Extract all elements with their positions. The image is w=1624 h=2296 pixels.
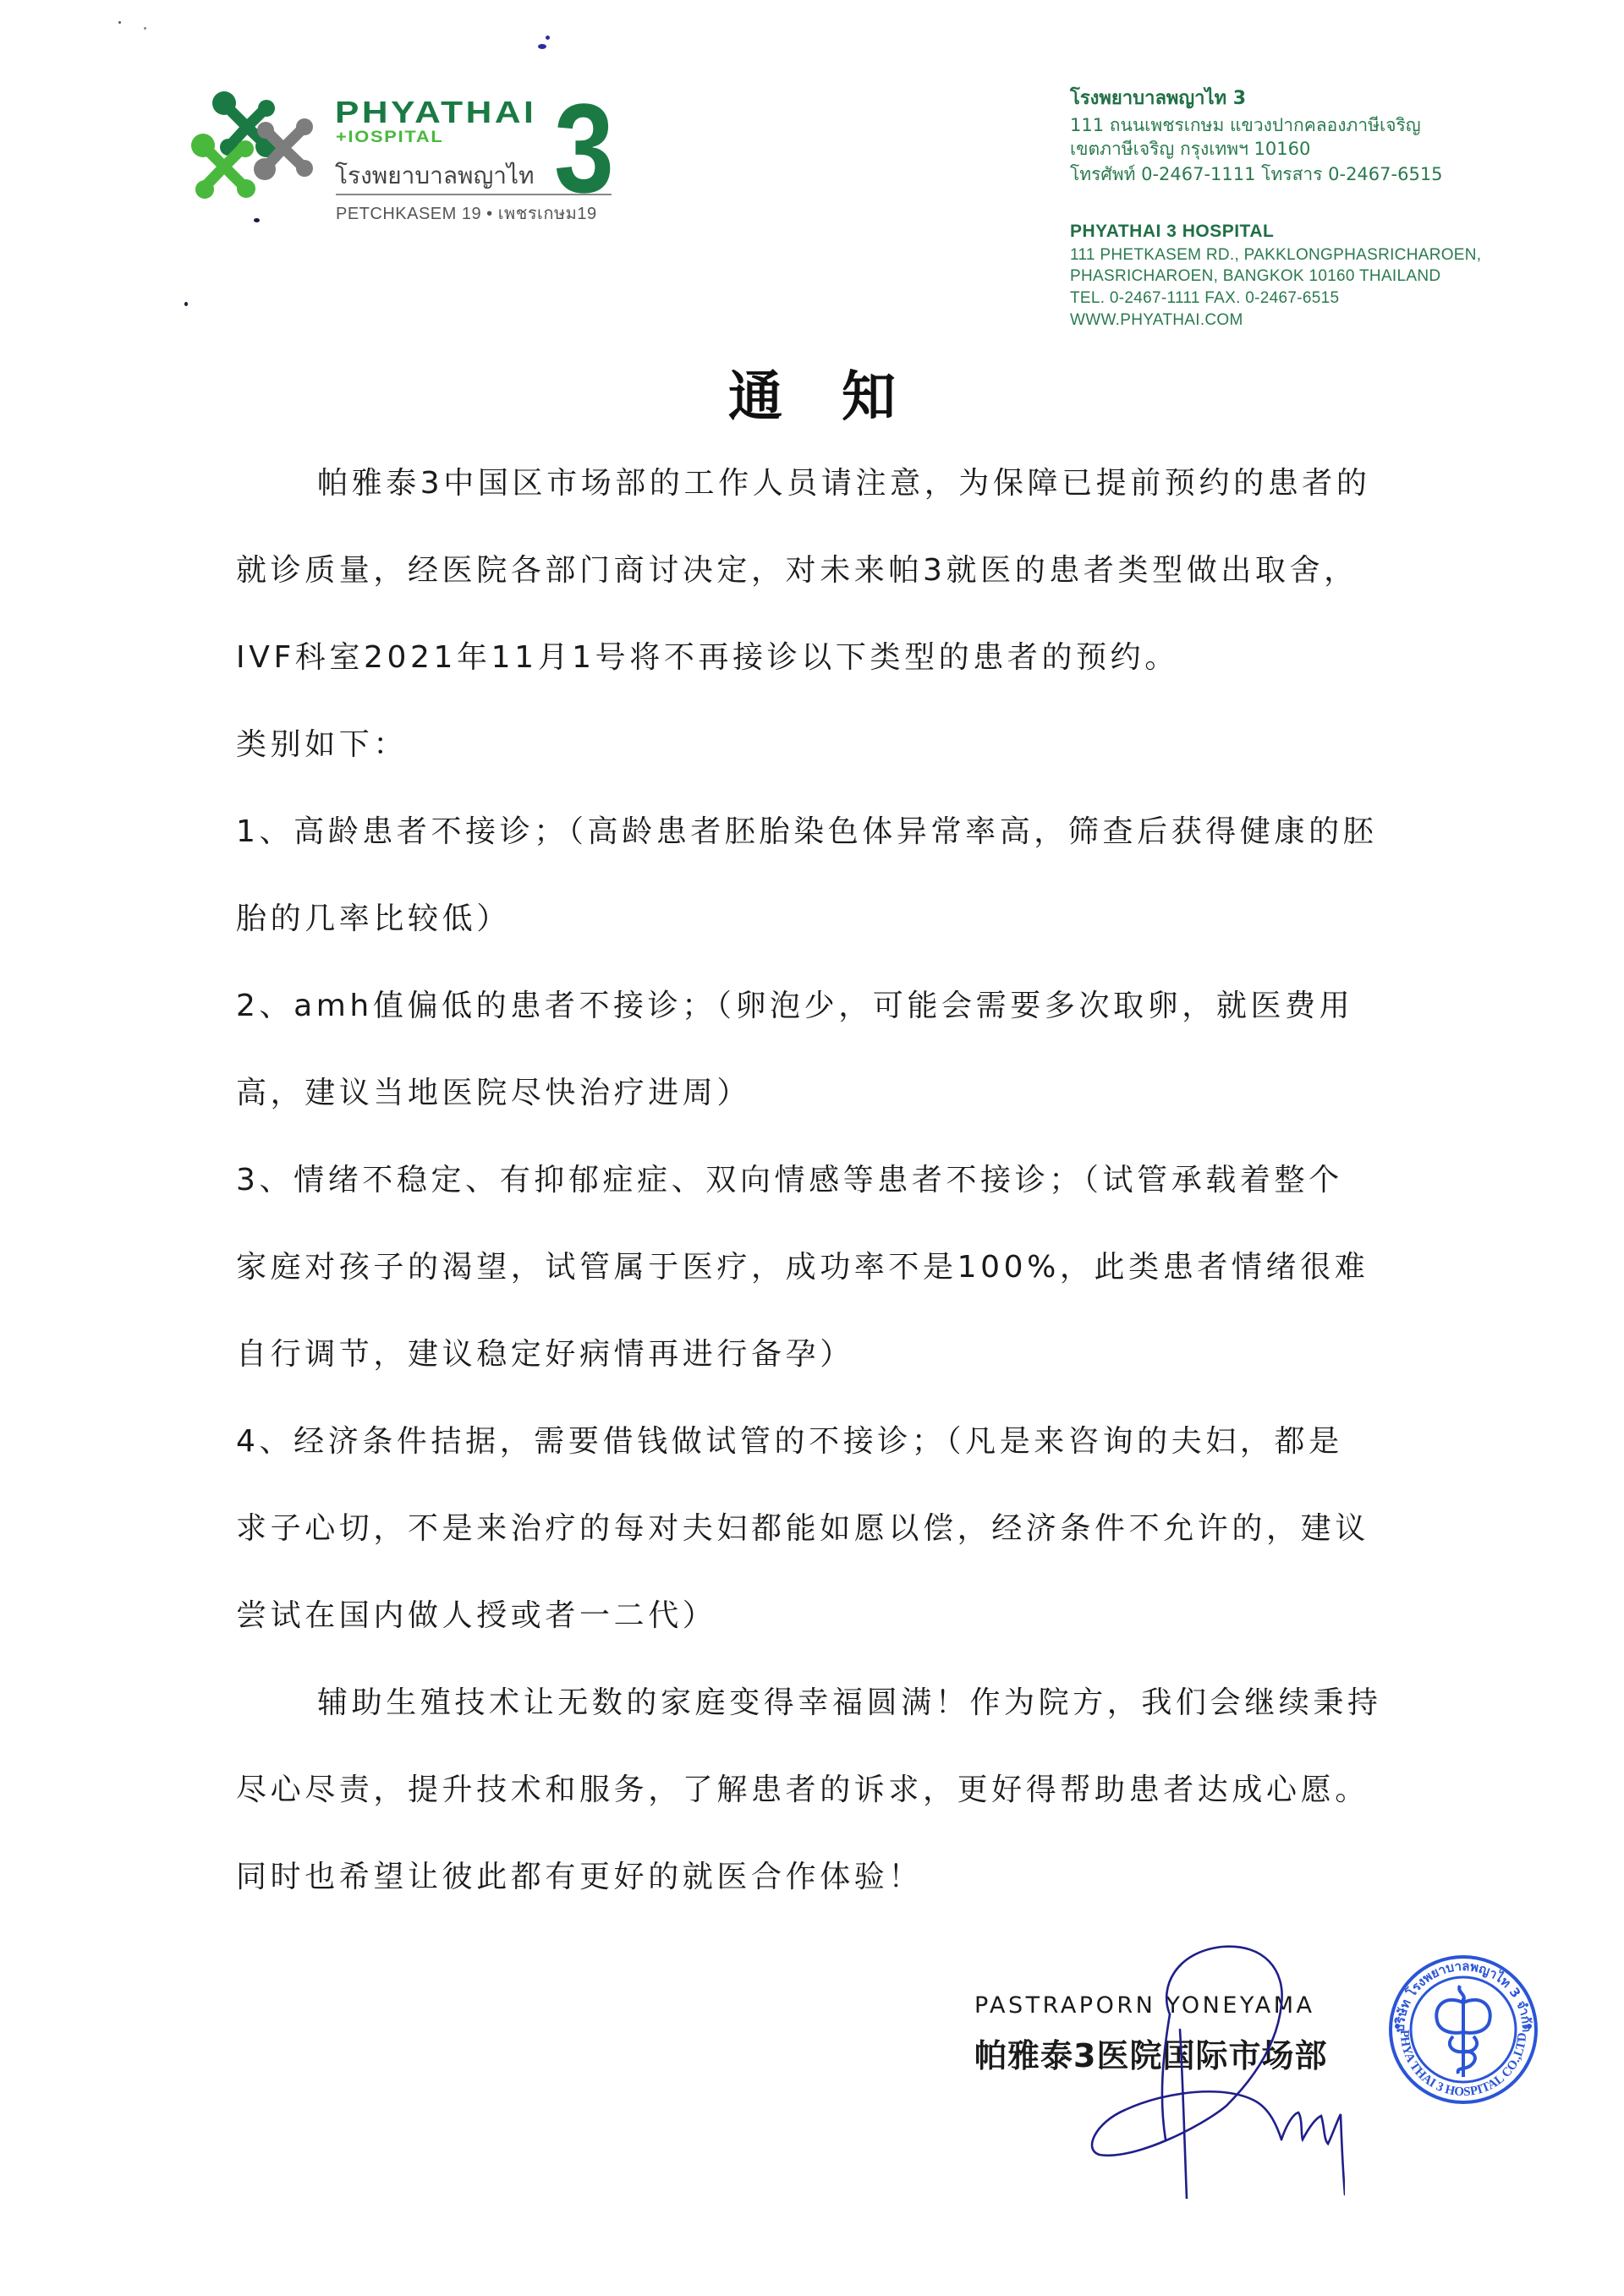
logo-divider [336, 194, 612, 195]
item-4-line-3: 尝试在国内做人授或者一二代） [236, 1599, 716, 1633]
closing-line-2: 尽心尽责，提升技术和服务，了解患者的诉求，更好得帮助患者达成心愿。 [236, 1773, 1369, 1807]
notice-title: 通知 [0, 353, 1624, 431]
closing-line-3: 同时也希望让彼此都有更好的就医合作体验！ [236, 1860, 923, 1894]
scan-speck [118, 21, 121, 24]
header-thai-title: โรงพยาบาลพญาไท 3 [1070, 83, 1246, 112]
paragraph-1-line-1: 帕雅泰3中国区市场部的工作人员请注意，为保障已提前预约的患者的 [317, 467, 1371, 501]
item-1-line-2: 胎的几率比较低） [236, 902, 511, 936]
header-website: WWW.PHYATHAI.COM [1070, 311, 1243, 330]
header-thai-address-2: เขตภาษีเจริญ กรุงเทพฯ 10160 [1070, 135, 1310, 163]
category-heading: 类别如下： [236, 728, 408, 762]
header-english-address-1: 111 PHETKASEM RD., PAKKLONGPHASRICHAROEN… [1070, 246, 1481, 265]
hospital-logo-icon [182, 85, 326, 211]
scan-speck [546, 36, 550, 40]
logo-hospital-text: +IOSPITAL [336, 129, 443, 147]
header-english-phone: TEL. 0-2467-1111 FAX. 0-2467-6515 [1070, 289, 1339, 308]
paragraph-1-line-2: 就诊质量，经医院各部门商讨决定，对未来帕3就医的患者类型做出取舍， [236, 554, 1358, 588]
scan-speck [254, 218, 260, 222]
header-english-title: PHYATHAI 3 HOSPITAL [1070, 222, 1274, 242]
item-4-line-2: 求子心切，不是来治疗的每对夫妇都能如愿以偿，经济条件不允许的，建议 [236, 1512, 1369, 1546]
scan-speck [184, 302, 188, 306]
company-seal-icon: บริษัท โรงพยาบาลพญาไท 3 จำกัด PHYA THAI … [1385, 1952, 1541, 2107]
seal-caduceus [1436, 1986, 1490, 2077]
item-3-line-3: 自行调节，建议稳定好病情再进行备孕） [236, 1338, 854, 1372]
item-3-line-2: 家庭对孩子的渴望，试管属于医疗，成功率不是100%，此类患者情绪很难 [236, 1251, 1369, 1285]
scan-speck [538, 44, 546, 49]
scan-speck [144, 27, 146, 30]
header-thai-phone: โทรศัพท์ 0-2467-1111 โทรสาร 0-2467-6515 [1070, 161, 1443, 189]
item-1-line-1: 1、高龄患者不接诊；（高龄患者胚胎染色体异常率高，筛查后获得健康的胚 [236, 815, 1377, 849]
handwritten-signature-icon [1074, 1937, 1345, 2199]
item-2-line-1: 2、amh值偏低的患者不接诊；（卵泡少，可能会需要多次取卵，就医费用 [236, 989, 1353, 1023]
item-4-line-1: 4、经济条件拮据，需要借钱做试管的不接诊；（凡是来咨询的夫妇，都是 [236, 1425, 1343, 1459]
logo-thai-name: โรงพยาบาลพญาไท [335, 157, 535, 195]
item-2-line-2: 高，建议当地医院尽快治疗进周） [236, 1077, 751, 1110]
closing-line-1: 辅助生殖技术让无数的家庭变得幸福圆满！作为院方，我们会继续秉持 [317, 1686, 1382, 1720]
logo-branch-text: PETCHKASEM 19 • เพชรเกษม19 [336, 200, 597, 227]
header-english-address-2: PHASRICHAROEN, BANGKOK 10160 THAILAND [1070, 267, 1440, 286]
logo-brand-text: PHYATHAI [335, 95, 536, 130]
logo-number: 3 [554, 85, 614, 211]
item-3-line-1: 3、情绪不稳定、有抑郁症症、双向情感等患者不接诊；（试管承载着整个 [236, 1164, 1343, 1197]
paragraph-1-line-3: IVF科室2021年11月1号将不再接诊以下类型的患者的预约。 [236, 641, 1179, 675]
